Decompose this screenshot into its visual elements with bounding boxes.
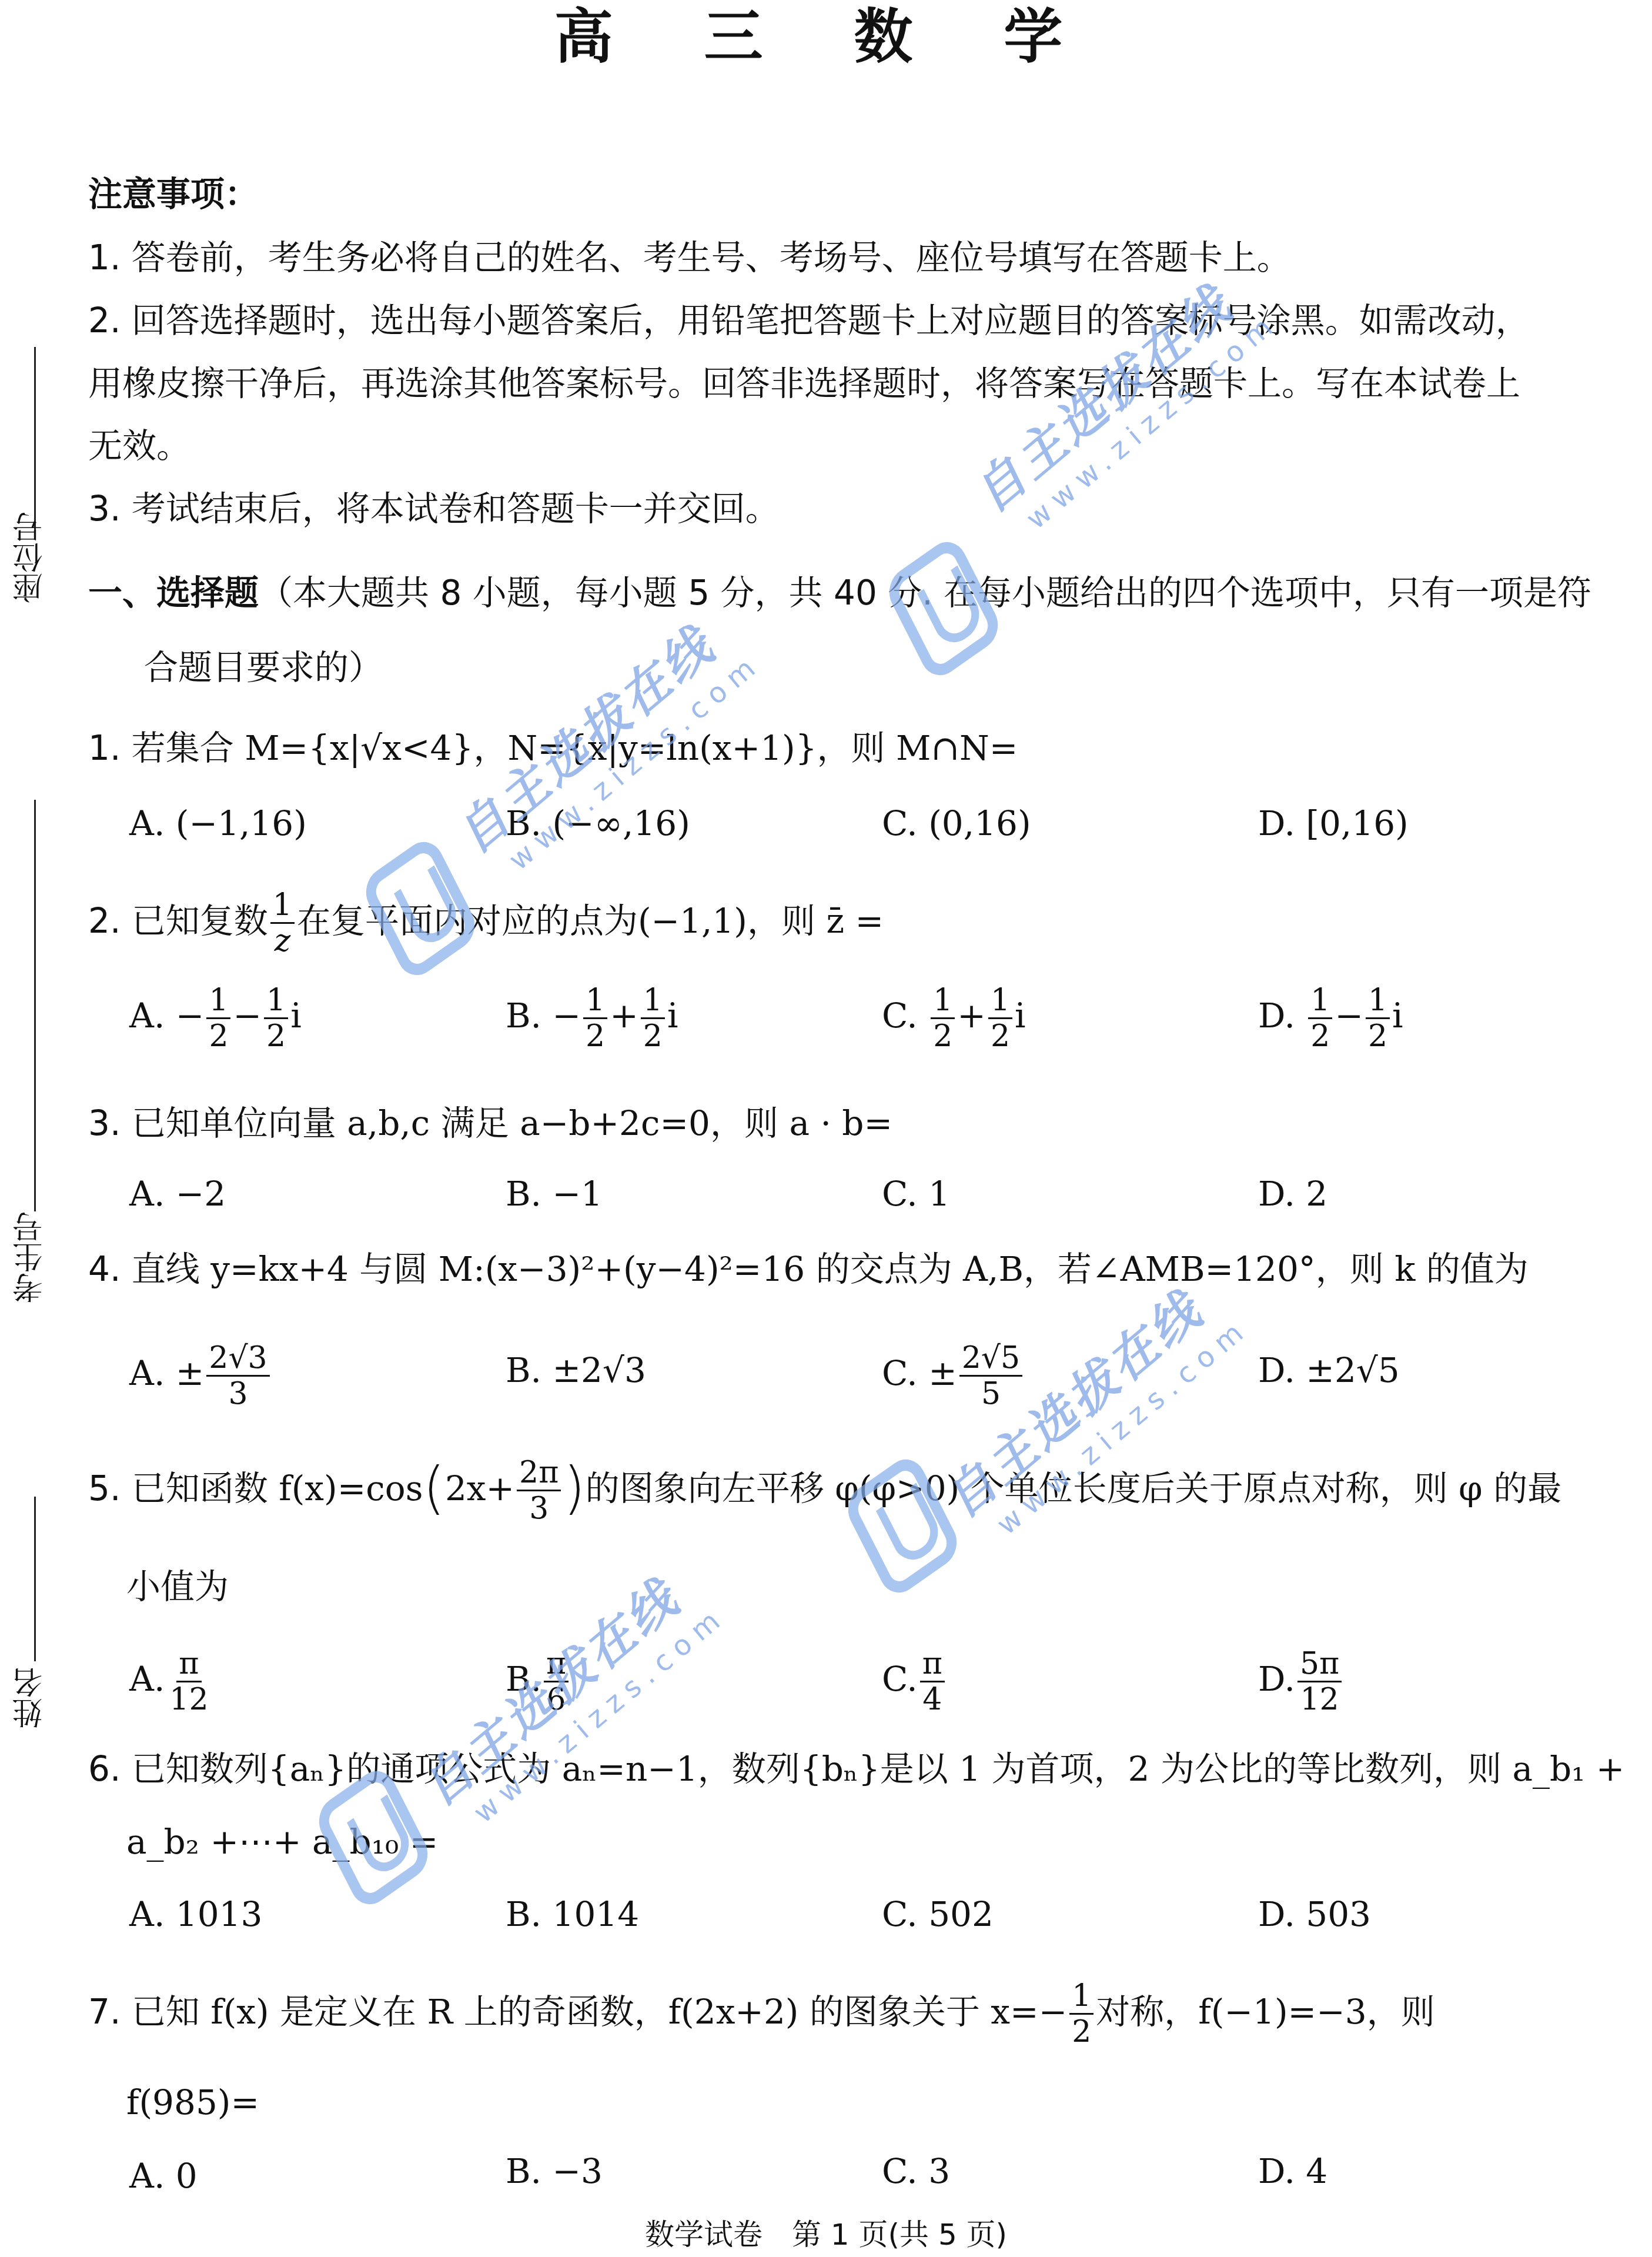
numerator: 2√3 [206,1341,269,1377]
q2-option-d[interactable]: D. 12−12i [1258,983,1403,1053]
imaginary-unit: i [1015,996,1026,1036]
q6-option-a[interactable]: A. 1013 [129,1891,262,1938]
question-7-cont: f(985)= [126,2079,259,2126]
option-label: C. [882,996,918,1036]
question-number: 2. [88,901,121,941]
q1-option-a[interactable]: A. (−1,16) [129,800,307,847]
q7-option-a[interactable]: A. 0 [129,2152,198,2199]
numerator: 1 [1069,1979,1093,2015]
question-stem: 直线 y=kx+4 与圆 M:(x−3)²+(y−4)²=16 的交点为 A,B… [132,1249,1529,1289]
q4-option-c[interactable]: C. ±2√55 [882,1341,1025,1411]
notes-heading: 注意事项： [88,171,259,218]
denominator: 2 [1069,2015,1093,2049]
q6-option-d[interactable]: D. 503 [1258,1891,1371,1938]
section-header: 一、选择题（本大题共 8 小题，每小题 5 分，共 40 分. 在每小题给出的四… [88,569,1591,616]
denominator: 4 [920,1682,944,1717]
q7-option-c[interactable]: C. 3 [882,2148,950,2195]
numerator: π [176,1647,201,1682]
question-6: 6. 已知数列{aₙ}的通项公式为 aₙ=n−1，数列{bₙ}是以 1 为首项，… [88,1745,1624,1792]
paren-open: ( [423,1455,444,1521]
q6-option-b[interactable]: B. 1014 [506,1891,639,1938]
numerator: 1 [206,983,230,1019]
q1-option-c[interactable]: C. (0,16) [882,800,1031,847]
denominator: 3 [226,1377,250,1411]
q4-option-a[interactable]: A. ±2√33 [129,1341,272,1411]
note-3: 3. 考试结束后，将本试卷和答题卡一并交回。 [88,485,780,532]
note-2-cont: 用橡皮擦干净后，再选涂其他答案标号。回答非选择题时，将答案写在答题卡上。写在本试… [88,360,1520,407]
q7-option-d[interactable]: D. 4 [1258,2148,1327,2195]
numerator: 1 [264,983,288,1019]
q4-option-d[interactable]: D. ±2√5 [1258,1347,1400,1394]
name-label: 姓名 [8,1667,52,1728]
imaginary-unit: i [290,996,302,1036]
q3-option-a[interactable]: A. −2 [129,1170,226,1217]
q4-option-b[interactable]: B. ±2√3 [506,1347,646,1394]
note-2: 2. 回答选择题时，选出每小题答案后，用铅笔把答题卡上对应题目的答案标号涂黑。如… [88,297,1530,344]
q3-option-c[interactable]: C. 1 [882,1170,950,1217]
question-3: 3. 已知单位向量 a,b,c 满足 a−b+2c=0，则 a · b= [88,1100,892,1147]
denominator: 2 [264,1019,288,1053]
watermark-logo-icon [882,533,1005,685]
q1-option-d[interactable]: D. [0,16) [1258,800,1409,847]
q3-option-b[interactable]: B. −1 [506,1170,603,1217]
student-number-underline[interactable] [34,800,36,1211]
option-label: C. ± [882,1353,957,1393]
numerator: 5π [1297,1647,1342,1682]
question-stem: 已知单位向量 a,b,c 满足 a−b+2c=0，则 a · b= [132,1103,892,1143]
paren-close: ) [563,1455,585,1521]
page-title: 高 三 数 学 [0,5,1652,69]
question-number: 1. [88,728,121,768]
numerator: 1 [270,888,295,924]
inner-expression: 2x+ [445,1468,514,1508]
seat-number-label: 座位号 [8,512,52,603]
denominator: 2 [1308,1019,1332,1053]
question-number: 6. [88,1749,121,1789]
student-number-label: 考生号 [8,1211,52,1303]
numerator: 1 [1308,983,1332,1019]
numerator: 2π [517,1455,561,1491]
question-stem-pre: 已知复数 [132,901,268,941]
sign: − [176,996,205,1036]
numerator: 1 [931,983,955,1019]
section-title: 一、选择题 [88,573,259,613]
q5-option-c[interactable]: C.π4 [882,1647,947,1717]
q2-option-a[interactable]: A. −12−12i [129,983,302,1053]
q5-option-d[interactable]: D.5π12 [1258,1647,1344,1717]
page-footer: 数学试卷 第 1 页(共 5 页) [0,2211,1652,2253]
operator: − [1335,996,1363,1036]
q2-option-b[interactable]: B. −12+12i [506,983,678,1053]
operator: + [957,996,986,1036]
watermark-logo-icon [359,833,482,984]
q5-option-a[interactable]: A.π12 [129,1647,213,1717]
operator: − [233,996,262,1036]
numerator: 1 [583,983,607,1019]
numerator: 1 [1366,983,1390,1019]
question-stem-pre: 已知函数 f(x)=cos [132,1468,423,1508]
question-number: 7. [88,1992,121,2032]
name-underline[interactable] [34,1497,36,1661]
question-7: 7. 已知 f(x) 是定义在 R 上的奇函数，f(2x+2) 的图象关于 x=… [88,1979,1435,2049]
seat-number-underline[interactable] [34,347,36,535]
numerator: 2√5 [959,1341,1022,1377]
fraction: 1z [270,888,295,958]
watermark: 自主选拔在线www.zizzs.com [403,1545,733,1845]
denominator: 2 [583,1019,607,1053]
question-number: 5. [88,1468,121,1508]
option-label: B. [506,996,541,1036]
numerator: π [920,1647,945,1682]
operator: + [610,996,638,1036]
option-label: D. [1258,1659,1295,1699]
imaginary-unit: i [1392,996,1403,1036]
question-stem-pre: 已知 f(x) 是定义在 R 上的奇函数，f(2x+2) 的图象关于 x=− [132,1992,1067,2032]
numerator: 1 [641,983,665,1019]
question-5: 5. 已知函数 f(x)=cos(2x+2π3)的图象向左平移 φ(φ>0) 个… [88,1455,1561,1525]
note-1: 1. 答卷前，考生务必将自己的姓名、考生号、考场号、座位号填写在答题卡上。 [88,234,1291,281]
section-description-cont: 合题目要求的） [144,644,383,691]
sign: − [553,996,581,1036]
q2-option-c[interactable]: C. 12+12i [882,983,1026,1053]
denominator: 2 [988,1019,1012,1053]
denominator: 2 [641,1019,665,1053]
option-label: A. [129,996,165,1036]
question-5-cont: 小值为 [126,1563,229,1610]
denominator: 2 [931,1019,955,1053]
denominator: 12 [167,1682,210,1717]
question-2: 2. 已知复数1z在复平面内对应的点为(−1,1)，则 z̄ = [88,888,884,958]
option-label: A. [129,1659,165,1699]
denominator: 5 [979,1377,1003,1411]
question-stem-post: 对称，f(−1)=−3，则 [1096,1992,1434,2032]
denominator: 2 [1366,1019,1390,1053]
option-label: A. ± [129,1353,204,1393]
q7-option-b[interactable]: B. −3 [506,2148,603,2195]
denominator: 2 [206,1019,230,1053]
question-number: 3. [88,1103,121,1143]
denominator: 3 [527,1491,551,1525]
q6-option-c[interactable]: C. 502 [882,1891,994,1938]
option-label: C. [882,1659,918,1699]
note-2-end: 无效。 [88,422,190,469]
question-number: 4. [88,1249,121,1289]
q3-option-d[interactable]: D. 2 [1258,1170,1327,1217]
imaginary-unit: i [667,996,678,1036]
numerator: 1 [988,983,1012,1019]
denominator: 12 [1297,1682,1341,1717]
option-label: D. [1258,996,1295,1036]
question-4: 4. 直线 y=kx+4 与圆 M:(x−3)²+(y−4)²=16 的交点为 … [88,1246,1529,1293]
denominator: z [272,924,293,958]
